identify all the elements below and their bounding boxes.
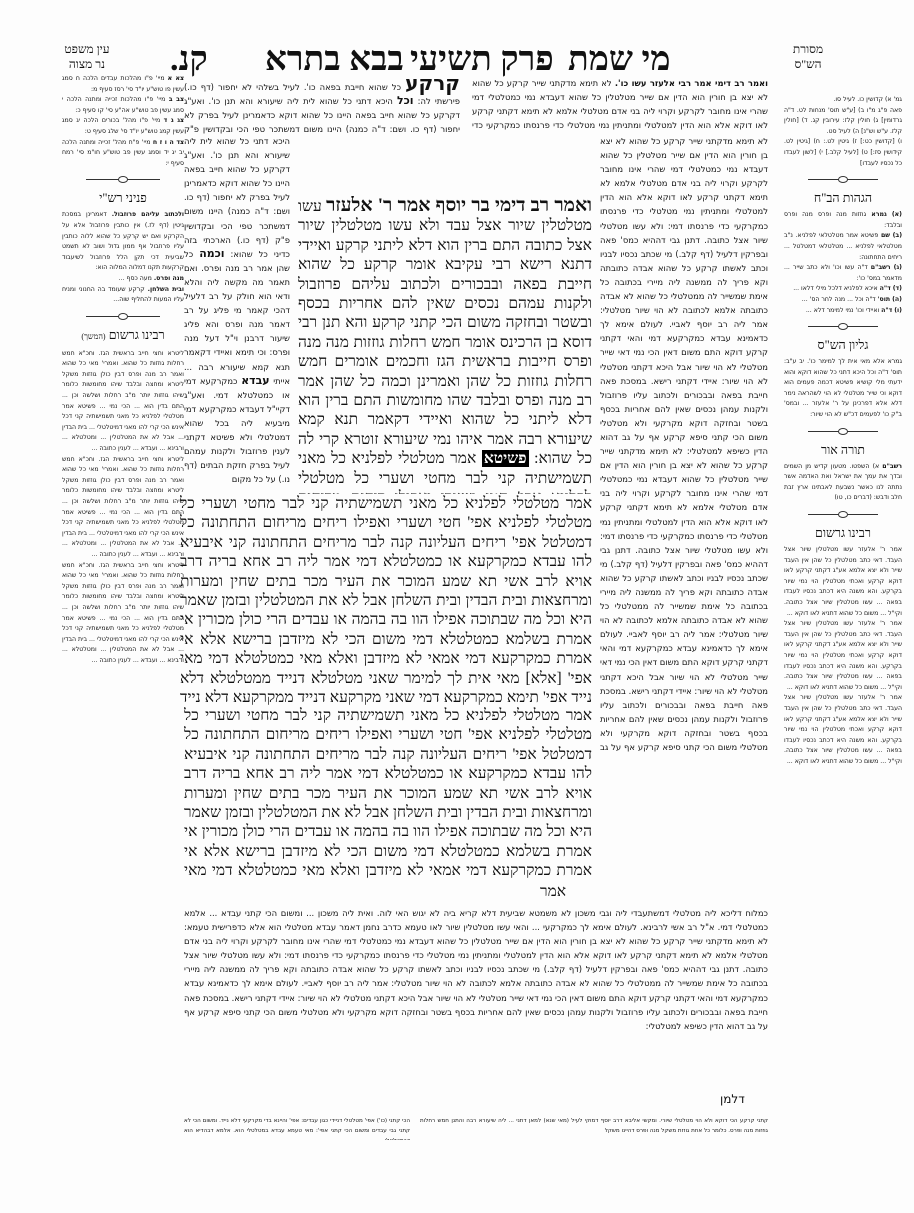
- torah-or-source: (דברים כו, טו): [834, 494, 871, 501]
- hagahot-habach-section: (א) גמרא גוזזות מנה ופרס מנה ופרס ובלבד:…: [784, 210, 902, 316]
- mesoret-hashas-section: גמ' א) קדושין כו. לעיל סו. פאה פ"ג מ"ו ב…: [784, 95, 902, 169]
- ein-mishpat-text: מיי' פ"ו מהלכות זכייה ומתנה הלכה י סמג ע…: [62, 96, 184, 114]
- peninei-rashi-lead: ולכתוב עליהם פרוזבול.: [112, 211, 184, 218]
- ein-mishpat-letter: צד ה ו ז ח: [153, 139, 184, 146]
- rabbeinu-gershom-left-text: ליטרא וחצי חייב בראשית הגז. וחכ"א חמש רח…: [62, 455, 184, 561]
- tractate-name: בבא בתרא: [265, 42, 404, 78]
- peninei-rashi-heading: פניני רש"י: [62, 189, 184, 207]
- ein-mishpat-letter: צב ב: [169, 96, 184, 103]
- ein-mishpat-entry: צג ג ד מיי' פ"ו מהל' בכורים הלכה יג סמג …: [62, 116, 184, 137]
- hagaha-lead: שם: [881, 232, 890, 239]
- rashi-text: לא תימא מדקתני שייר קרקע כל שהוא לא יצא …: [600, 446, 768, 756]
- hagaha-lead: גמרא: [871, 211, 886, 218]
- bottom-note-left: הכי קתני (כו') אפי' מטלטלי דניידי כגון ע…: [184, 1116, 410, 1140]
- rabbeinu-gershom-right-text: אמר ר' אלעזר עשו מטלטלין שיור אצל העבד. …: [784, 619, 902, 693]
- tosafot-dibur-hamatchil: קרקע: [405, 76, 460, 95]
- gilyon-hashas-heading: גליון הש"ס: [784, 336, 902, 354]
- bottom-note-right: קתני קרקע הכי דוקא ולא הוי מטלטלי שיורי.…: [420, 1116, 768, 1140]
- rashi-top: ואמר רב דימי אמר רבי אלעזר עשו כו'. לא ת…: [472, 76, 768, 134]
- tosafot-text: היכא דתני כל שהוא לית ליה שיעורא והא תנן…: [184, 136, 290, 259]
- hagaha-entry: (ב) שם פשיטא אמר מטלטלאי לפלניא. נ"ב מטל…: [784, 231, 902, 263]
- torah-or-heading: תורה אור: [784, 441, 902, 459]
- ein-mishpat-subtitle: נר מצוה: [52, 57, 122, 72]
- rabbeinu-gershom-right-heading: רבינו גרשום: [784, 524, 902, 542]
- hagaha-lead: תוס': [878, 296, 890, 303]
- gemara-lower: אמר מטלטלי לפלניא כל מאני תשמישתיה קני ל…: [184, 706, 592, 882]
- peninei-rashi-entry: מנה ופרס. מעה כסף ...: [62, 274, 184, 285]
- hagaha-lead: ד"ה: [881, 307, 892, 314]
- tosafot-text: כמקרקעא דמי או כמטלטלא דמי. ואע"ג דקיי"ל…: [184, 376, 290, 485]
- ein-mishpat-section: צא א מיי' פ"ו מהלכות עבדים הלכה ח סמג עש…: [62, 74, 184, 169]
- ornament-divider: [784, 322, 902, 330]
- mesoret-entry: ו) [קדושין כט:] ז) גיטין לט.: ח) [גיטין …: [784, 137, 902, 169]
- hagaha-entry: (ד) ד"ה איכא לפלניא דלכל מילי דלאו ...: [784, 284, 902, 295]
- ornament-divider: [62, 312, 184, 320]
- peninei-rashi-lead: מנה ופרס.: [154, 275, 184, 282]
- right-margin: גמ' א) קדושין כו. לעיל סו. פאה פ"ג מ"ו ב…: [784, 95, 902, 1135]
- hagaha-entry: (ג) רשב"ם ד"ה עשו וכו' ולא כתב שייר ... …: [784, 263, 902, 284]
- hagahot-habach-heading: הגהות הב"ח: [784, 189, 902, 207]
- gemara-last-word: אמר: [540, 882, 566, 901]
- tosafot-text: כל שהן אמר רב מנה ופרס. ואם תאמר מה מקשה…: [184, 249, 290, 386]
- rabbeinu-gershom-left-text: ליטרא וחצי חייב בראשית הגז. וחכ"א חמש רח…: [62, 561, 184, 667]
- rabbeinu-gershom-left-text: ליטרא וחצי חייב בראשית הגז. וחכ"א חמש רח…: [62, 349, 184, 455]
- ornament-divider: [62, 175, 184, 183]
- mesoret-subtitle: הש"ס: [778, 57, 838, 72]
- chapter-number: פרק תשיעי: [410, 42, 554, 78]
- ein-mishpat-entry: צד ה ו ז ח מיי' פ"ח מהל' זכייה ומתנה הלכ…: [62, 138, 184, 170]
- rashi-text: לא תימא מדקתני שייר קרקע כל שהוא לא יצא …: [184, 936, 768, 1031]
- ein-mishpat-letter: צא א: [168, 75, 184, 82]
- ein-mishpat-title: עין משפט נר מצוה: [52, 42, 122, 72]
- rabbeinu-gershom-right-text: אמר ר' אלעזר עשו מטלטלין שיור אצל העבד. …: [784, 693, 902, 767]
- ein-mishpat-entry: צב ב מיי' פ"ו מהלכות זכייה ומתנה הלכה י …: [62, 95, 184, 116]
- tosafot-dibur-hamatchil: וכמה: [199, 247, 224, 260]
- peninei-rashi-text: דאמרינן במסכת גיטין (דף לז.) אין כותבין …: [62, 211, 184, 271]
- ornament-divider: [784, 175, 902, 183]
- mesoret-entry: פאה פ"ג מ"ו ב) [ע"ש תוס' מנחות לט. ד"ה ג…: [784, 106, 902, 138]
- rashi-text: לא תימא מדקתני שייר קרקע כל שהוא לא יצא …: [600, 136, 768, 456]
- rashi-bottom: כמלוח דליכא ליה מטלטלי דמשתעבדי ליה וגבי…: [184, 906, 768, 1092]
- tosafot-top: קרקע כל שהוא חייבת בפאה כו'. לעיל בשלהי …: [184, 76, 460, 134]
- gemara-text: אמר מטלטלי לפלניא כל מאני תשמישתיה קני ל…: [180, 495, 592, 706]
- hagaha-entry: (ה) תוס' ד"ה וכל ... מנה לחר הס' ...: [784, 295, 902, 306]
- peninei-rashi-entry: ולכתוב עליהם פרוזבול. דאמרינן במסכת גיטי…: [62, 210, 184, 274]
- hagaha-mark: (ג): [894, 264, 902, 271]
- gemara-text: עשו מטלטלין שיור אצל עבד ולא עשו מטלטלין…: [298, 198, 592, 467]
- rashi-dibur-hamatchil: ואמר רב דימי אמר רבי אלעזר עשו כו'.: [615, 78, 768, 88]
- hagaha-lead: רשב"ם: [871, 264, 891, 271]
- ein-mishpat-letter: צג ג ד: [164, 117, 184, 124]
- hagaha-text: איכא לפלניא דלכל מילי דלאו ...: [793, 285, 877, 292]
- gemara-text: אמר מטלטלי לפלניא כל מאני תשמישתיה קני ל…: [184, 707, 592, 882]
- hagaha-mark: (א): [892, 211, 902, 218]
- hagaha-text: ד"ה וכל ... מנה לחר הס' ...: [802, 296, 876, 303]
- mesoret-title: מסורת הש"ס: [778, 42, 838, 72]
- ornament-divider: [784, 510, 902, 518]
- page-number: קנ.: [170, 42, 208, 78]
- left-margin: צא א מיי' פ"ו מהלכות עבדים הלכה ח סמג עש…: [62, 74, 184, 1134]
- gemara-upper: ואמר רב דימי בר יוסף אמר ר' אלעזר עשו מט…: [298, 196, 592, 494]
- rabbeinu-gershom-left-heading: רבינו גרשום (המשך): [62, 326, 184, 346]
- rashi-catchword: דלמן: [720, 1092, 745, 1106]
- rabbeinu-gershom-left-title: רבינו גרשום: [109, 328, 165, 342]
- hagaha-entry: (ו) ד"ה ואיידי וכו' נמי למימר דלא ...: [784, 306, 902, 317]
- hagaha-lead: ד"ה: [880, 285, 891, 292]
- highlighted-word[interactable]: פשיטא: [482, 450, 529, 467]
- gilyon-hashas-text: גמרא אלא מאי אית לך למימר כו'. יב ע"ב: ת…: [784, 357, 902, 421]
- peninei-rashi-entry: ובית השלחן. קרקע שעומד בה החנוני ומניח ע…: [62, 285, 184, 306]
- gemara-opening: ואמר רב דימי בר יוסף אמר ר' אלעזר: [326, 196, 592, 216]
- tosafot-dibur-hamatchil: וכל: [397, 94, 414, 107]
- ein-mishpat-entry: צא א מיי' פ"ו מהלכות עבדים הלכה ח סמג עש…: [62, 74, 184, 95]
- mesoret-title-text: מסורת: [778, 42, 838, 57]
- ein-mishpat-title-text: עין משפט: [52, 42, 122, 57]
- rabbeinu-gershom-right-text: אמר ר' אלעזר עשו מטלטלין שיור אצל העבד. …: [784, 545, 902, 619]
- chapter-name: מי שמת: [568, 42, 671, 78]
- peninei-rashi-lead: ובית השלחן.: [148, 286, 184, 293]
- hagaha-mark: (ב): [893, 232, 902, 239]
- peninei-rashi-text: מעה כסף ...: [119, 275, 152, 282]
- tosafot-dibur-hamatchil: עבדא: [241, 374, 269, 387]
- rashi-text: כמלוח דליכא ליה מטלטלי דמשתעבדי ליה וגבי…: [184, 908, 768, 932]
- hagaha-entry: (א) גמרא גוזזות מנה ופרס מנה ופרס ובלבד:: [784, 210, 902, 231]
- ein-mishpat-text: מיי' פ"ו מהלכות עבדים הלכה ח סמג עשין פו…: [62, 75, 184, 93]
- hagaha-mark: (ה): [892, 296, 902, 303]
- hagaha-mark: (ד): [893, 285, 902, 292]
- rashi-column: לא תימא מדקתני שייר קרקע כל שהוא לא יצא …: [600, 134, 768, 756]
- hagaha-mark: (ו): [894, 307, 902, 314]
- ornament-divider: [784, 427, 902, 435]
- mesoret-entry: גמ' א) קדושין כו. לעיל סו.: [784, 95, 902, 106]
- torah-or-entry: רשב"ם א) השפטו. מטעון קדיש מן השמים ובדך…: [784, 462, 902, 504]
- peninei-rashi-section: ולכתוב עליהם פרוזבול. דאמרינן במסכת גיטי…: [62, 210, 184, 305]
- gemara-middle: אמר מטלטלי לפלניא כל מאני תשמישתיה קני ל…: [180, 494, 592, 706]
- rabbeinu-gershom-left-note: (המשך): [81, 332, 105, 341]
- torah-or-lead: רשב"ם: [882, 463, 902, 470]
- hagaha-text: ואיידי וכו' נמי למימר דלא ...: [806, 307, 879, 314]
